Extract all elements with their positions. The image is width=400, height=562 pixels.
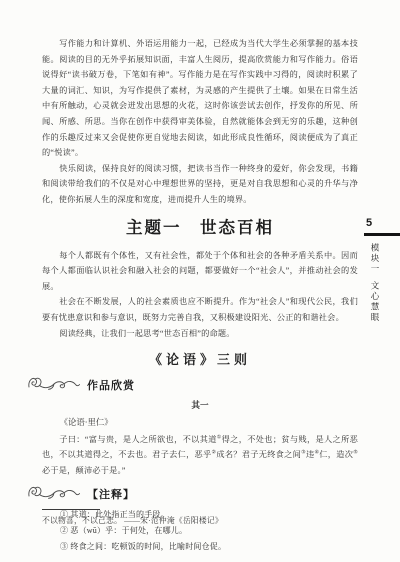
part-label: 其一: [42, 399, 358, 411]
page-content: 写作能力和计算机、外语运用能力一起，已经成为当代大学生必须掌握的基本技能。阅读的…: [42, 36, 358, 555]
theme-paragraph-3: 阅读经典，让我们一起思考“世态百相”的命题。: [42, 326, 358, 342]
sidebar-module-title: 文心慧眼: [369, 281, 381, 323]
sidebar-module-label: 模块一: [369, 243, 381, 275]
theme-paragraph-2: 社会在不断发展，人的社会素质也应不断提升。作为“社会人”和现代公民，我们要有忧患…: [42, 294, 358, 325]
appreciation-section-header: 作品欣赏: [26, 376, 358, 394]
flourish-icon: [26, 483, 80, 506]
analects-passage: 子曰：“富与贵，是人之所欲也，不以其道①得之，不处也；贫与贱，是人之所恶也，不以…: [42, 432, 358, 479]
theme-paragraph-1: 每个人都既有个体性，又有社会性，都处于个体和社会的各种矛盾关系中。因而每个人都面…: [42, 248, 358, 295]
intro-paragraph-1: 写作能力和计算机、外语运用能力一起，已经成为当代大学生必须掌握的基本技能。阅读的…: [42, 36, 358, 161]
intro-paragraph-2: 快乐阅读，保持良好的阅读习惯，把读书当作一种终身的爱好，你会发现，书籍和阅读带给…: [42, 161, 358, 208]
book-page: 写作能力和计算机、外语运用能力一起，已经成为当代大学生必须掌握的基本技能。阅读的…: [0, 0, 400, 562]
appreciation-heading: 作品欣赏: [87, 377, 135, 393]
flourish-icon: [26, 374, 80, 397]
footnote-area: 不以物喜，不以己悲。 ——宋·范仲淹《岳阳楼记》: [42, 509, 342, 526]
lesson-title: 《论语》三则: [42, 349, 358, 368]
chapter-title: 主题一 世态百相: [42, 214, 358, 238]
notes-section-header: 【注释】: [26, 485, 358, 503]
note-item-3: ③ 终食之间：吃顿饭的时间，比喻时间仓促。: [60, 539, 358, 555]
footnote-text: 不以物喜，不以己悲。 ——宋·范仲淹《岳阳楼记》: [42, 515, 342, 526]
notes-heading: 【注释】: [87, 486, 135, 502]
page-number: 5: [366, 217, 372, 229]
passage-source: 《论语·里仁》: [42, 415, 358, 431]
sidebar-tab-bar: [364, 233, 400, 236]
footnote-rule: [42, 509, 100, 510]
